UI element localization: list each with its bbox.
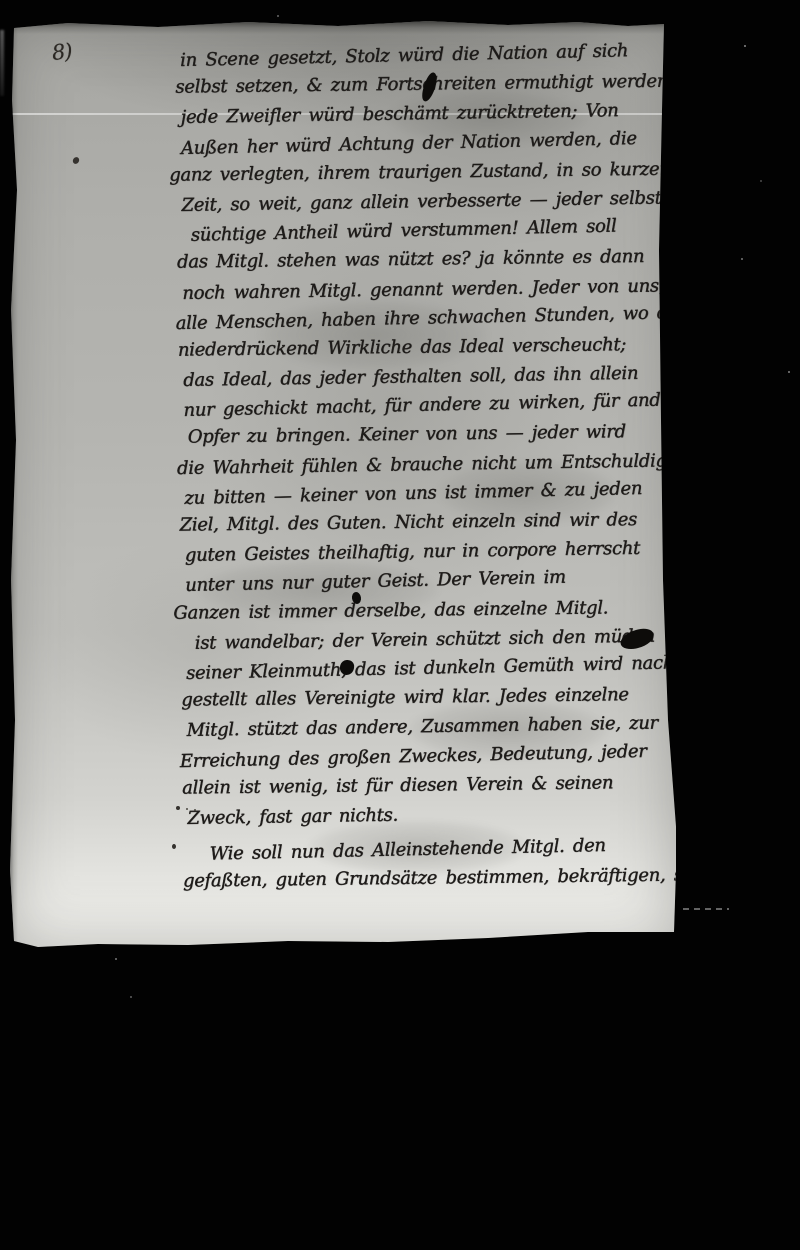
paper-speck: [72, 156, 81, 165]
paper-speck: [172, 844, 176, 849]
manuscript-line: gefaßten, guten Grundsätze bestimmen, be…: [183, 861, 675, 896]
margin-dots: [176, 806, 180, 810]
scan-edge-glint: [0, 30, 4, 96]
paper-sheet: 8) in Scene gesetzt, Stolz würd die Nati…: [8, 20, 676, 948]
page-number: 8): [51, 39, 73, 65]
scratch-artifact: [683, 908, 729, 910]
scanned-manuscript-page: 8) in Scene gesetzt, Stolz würd die Nati…: [0, 0, 800, 1250]
dust-specks: [0, 0, 2, 2]
manuscript-text-block: in Scene gesetzt, Stolz würd die Nation …: [180, 38, 676, 895]
